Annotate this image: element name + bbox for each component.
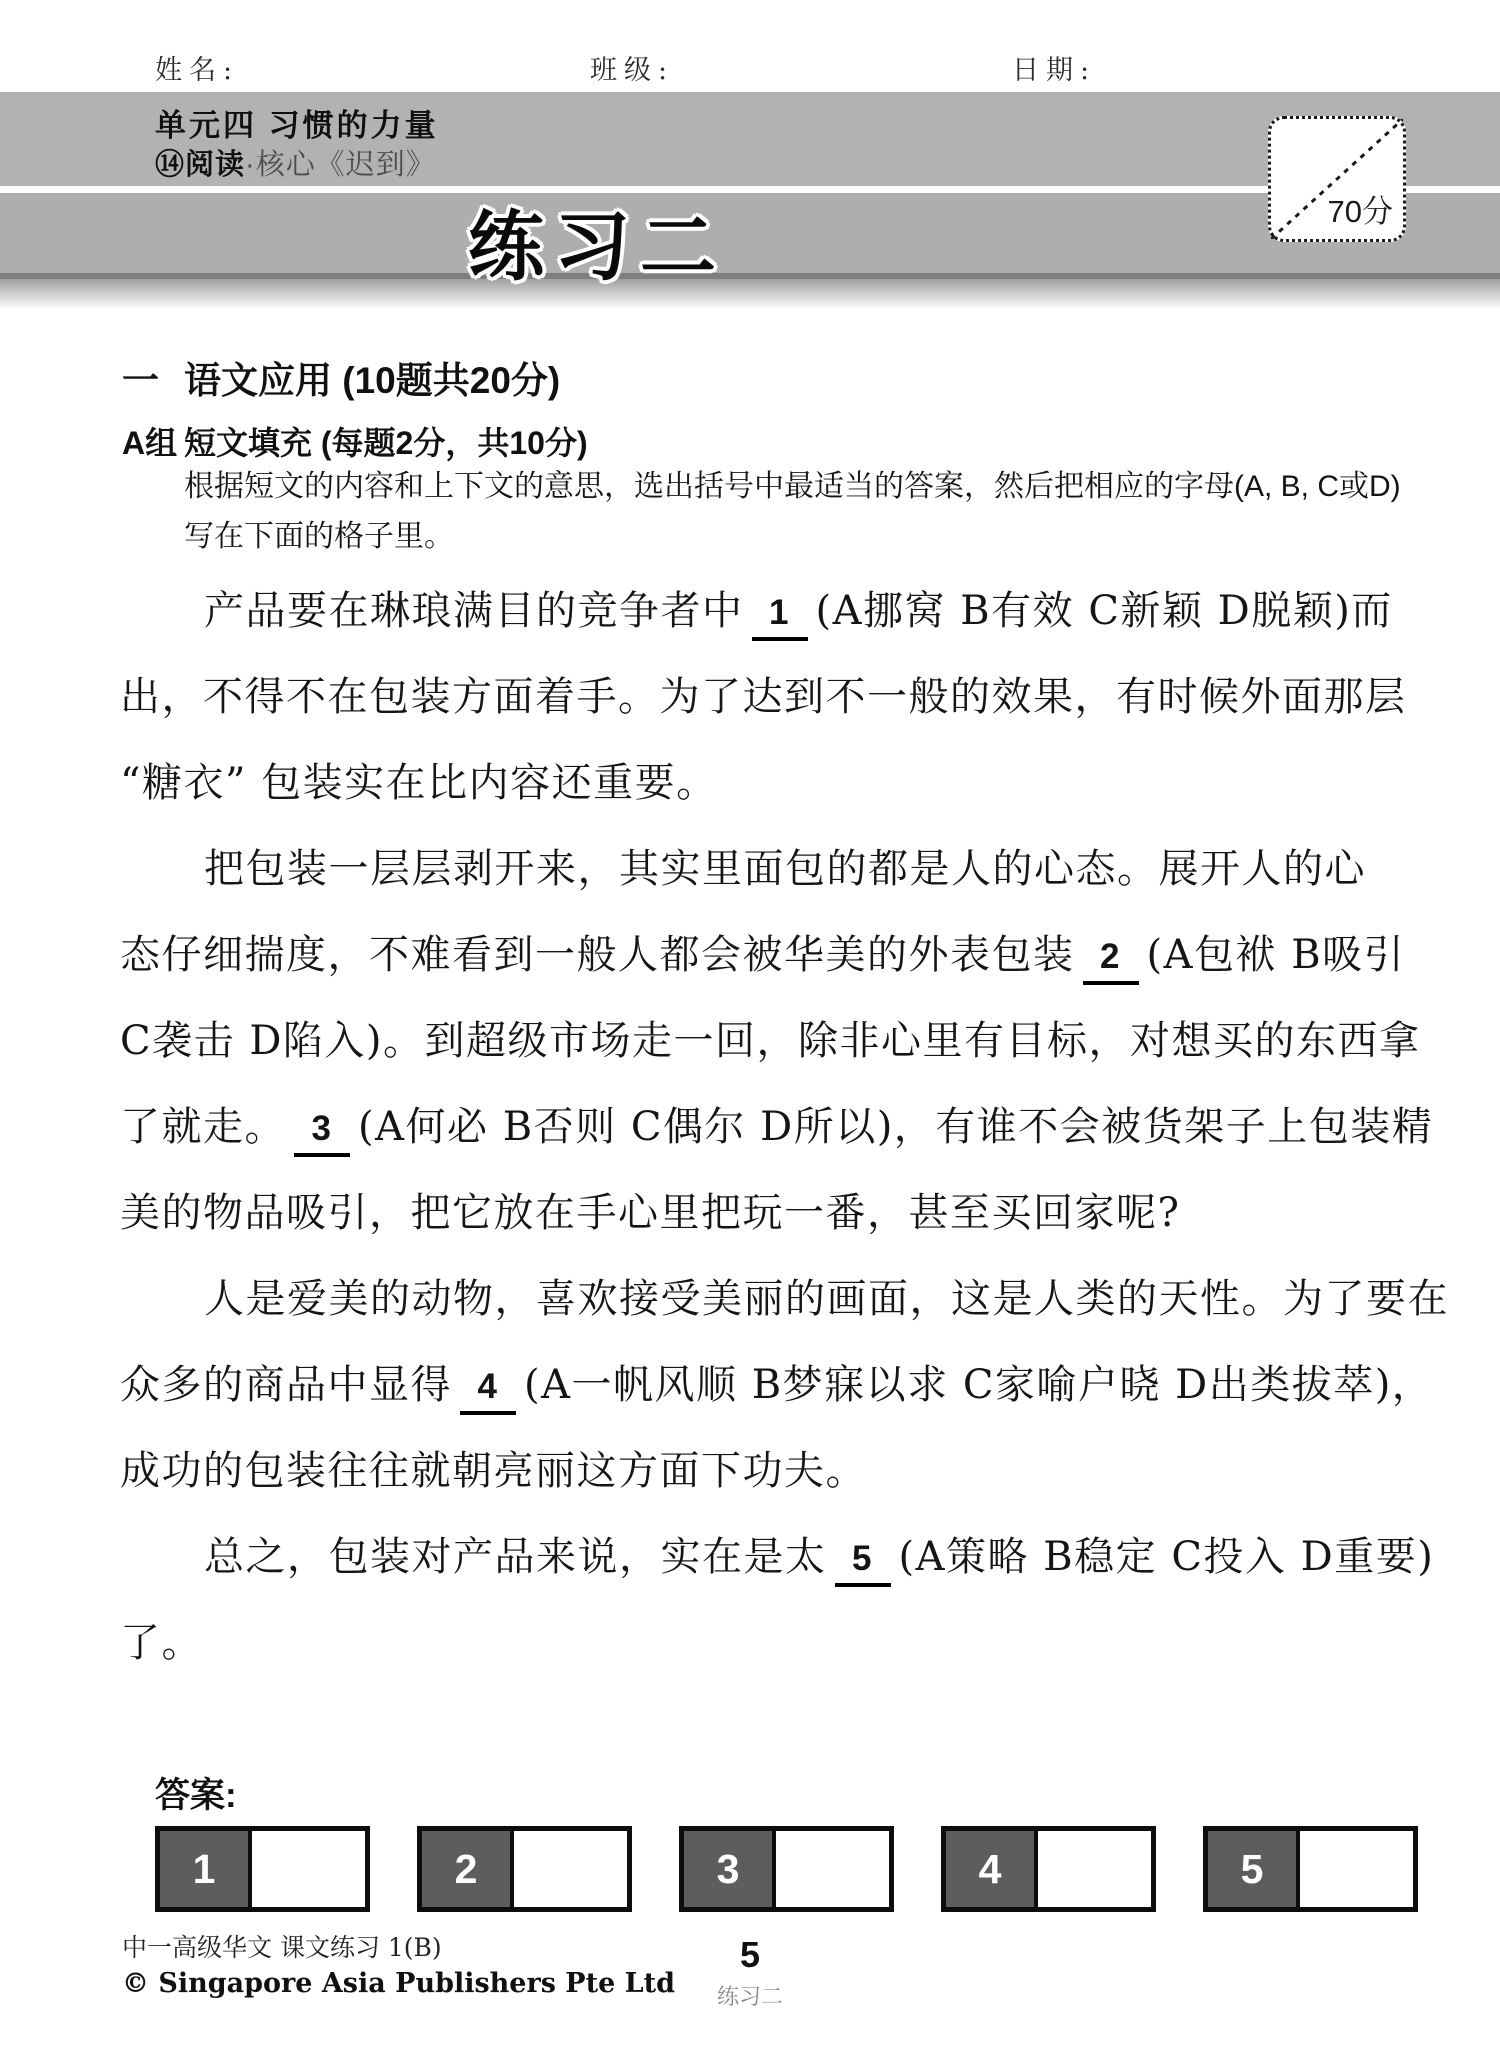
passage-text: 成功的包装往往就朝亮丽这方面下功夫。 xyxy=(120,1448,867,1494)
lesson-number-badge: ⑭ xyxy=(155,149,185,181)
answer-boxes: 12345 xyxy=(155,1826,1418,1912)
page-title: 练习二 xyxy=(0,186,1194,295)
answer-input-cell[interactable] xyxy=(252,1831,365,1907)
passage-text: “糖衣” 包装实在比内容还重要。 xyxy=(120,760,718,806)
passage-text: 把包装一层层剥开来，其实里面包的都是人的心态。展开人的心 xyxy=(204,846,1366,892)
passage-text: (A何必 B否则 C偶尔 D所以)，有谁不会被货架子上包装精 xyxy=(358,1104,1433,1150)
passage-text: 态仔细揣度，不难看到一般人都会被华美的外表包装 xyxy=(120,932,1075,978)
answer-number: 5 xyxy=(1208,1831,1300,1907)
passage-line: 出，不得不在包装方面着手。为了达到不一般的效果，有时候外面那层 xyxy=(120,654,1420,740)
answer-input-cell[interactable] xyxy=(776,1831,889,1907)
section-title: 语文应用 (10题共20分) xyxy=(184,350,560,404)
score-label: 70分 xyxy=(1328,186,1393,231)
lesson-subtitle: ·核心《迟到》 xyxy=(245,149,436,181)
passage-line: 了。 xyxy=(120,1600,1420,1686)
passage-line: 把包装一层层剥开来，其实里面包的都是人的心态。展开人的心 xyxy=(120,826,1420,912)
passage-line: 众多的商品中显得4(A一帆风顺 B梦寐以求 C家喻户晓 D出类拔萃)， xyxy=(120,1342,1420,1428)
question-blank-3: 3 xyxy=(294,1105,350,1157)
instructions-text: 根据短文的内容和上下文的意思，选出括号中最适当的答案，然后把相应的字母(A, B… xyxy=(184,462,1404,562)
answer-number: 2 xyxy=(422,1831,514,1907)
question-blank-2: 2 xyxy=(1083,933,1139,985)
answer-number: 3 xyxy=(684,1831,776,1907)
answer-box-4: 4 xyxy=(941,1826,1156,1912)
passage-line: 美的物品吸引，把它放在手心里把玩一番，甚至买回家呢? xyxy=(120,1170,1420,1256)
question-blank-4: 4 xyxy=(460,1363,516,1415)
answer-box-5: 5 xyxy=(1203,1826,1418,1912)
passage-text: 人是爱美的动物，喜欢接受美丽的画面，这是人类的天性。为了要在 xyxy=(204,1276,1449,1322)
passage-text: C袭击 D陷入)。到超级市场走一回，除非心里有目标，对想买的东西拿 xyxy=(120,1018,1421,1064)
passage-line: 产品要在琳琅满目的竞争者中1(A挪窝 B有效 C新颖 D脱颖)而 xyxy=(120,568,1420,654)
passage-text: 产品要在琳琅满目的竞争者中 xyxy=(204,588,744,634)
score-box: 70分 xyxy=(1268,116,1406,242)
passage-line: 了就走。3(A何必 B否则 C偶尔 D所以)，有谁不会被货架子上包装精 xyxy=(120,1084,1420,1170)
answer-number: 1 xyxy=(160,1831,252,1907)
passage-line: 态仔细揣度，不难看到一般人都会被华美的外表包装2(A包袱 B吸引 xyxy=(120,912,1420,998)
group-label: A组 xyxy=(122,418,184,464)
passage-text: (A挪窝 B有效 C新颖 D脱颖)而 xyxy=(816,588,1393,634)
date-label: 日期: xyxy=(1012,48,1096,87)
answer-number: 4 xyxy=(946,1831,1038,1907)
answer-input-cell[interactable] xyxy=(1038,1831,1151,1907)
worksheet-page: 姓名: 班级: 日期: 单元四 习惯的力量 ⑭阅读·核心《迟到》 练习二 70分… xyxy=(0,0,1500,2050)
passage-line: 人是爱美的动物，喜欢接受美丽的画面，这是人类的天性。为了要在 xyxy=(120,1256,1420,1342)
footer-book-title: 中一高级华文 课文练习 1(B) xyxy=(122,1928,675,1964)
footer-left: 中一高级华文 课文练习 1(B) © Singapore Asia Publis… xyxy=(122,1928,675,1999)
answer-box-2: 2 xyxy=(417,1826,632,1912)
answer-box-1: 1 xyxy=(155,1826,370,1912)
name-label: 姓名: xyxy=(155,48,239,87)
passage-text: 总之，包装对产品来说，实在是太 xyxy=(204,1534,827,1580)
answers-label: 答案: xyxy=(155,1768,237,1818)
answer-input-cell[interactable] xyxy=(514,1831,627,1907)
passage: 产品要在琳琅满目的竞争者中1(A挪窝 B有效 C新颖 D脱颖)而出，不得不在包装… xyxy=(120,568,1420,1686)
footer-publisher: © Singapore Asia Publishers Pte Ltd xyxy=(122,1968,675,1999)
passage-line: 总之，包装对产品来说，实在是太5(A策略 B稳定 C投入 D重要) xyxy=(120,1514,1420,1600)
page-number-caption: 练习二 xyxy=(600,1980,900,2011)
passage-text: 了。 xyxy=(120,1620,203,1666)
footer-center: 5 练习二 xyxy=(600,1934,900,2011)
group-heading: A组 短文填充 (每题2分，共10分) xyxy=(122,418,588,464)
answer-box-3: 3 xyxy=(679,1826,894,1912)
lesson-title: 阅读 xyxy=(185,149,245,181)
passage-text: 出，不得不在包装方面着手。为了达到不一般的效果，有时候外面那层 xyxy=(120,674,1407,720)
passage-text: 了就走。 xyxy=(120,1104,286,1150)
lesson-line: ⑭阅读·核心《迟到》 xyxy=(155,142,436,183)
passage-line: “糖衣” 包装实在比内容还重要。 xyxy=(120,740,1420,826)
passage-text: (A包袱 B吸引 xyxy=(1147,932,1406,978)
section-number: 一 xyxy=(122,350,184,404)
unit-title: 单元四 习惯的力量 xyxy=(155,100,439,145)
passage-text: 众多的商品中显得 xyxy=(120,1362,452,1408)
page-number: 5 xyxy=(600,1934,900,1976)
passage-line: 成功的包装往往就朝亮丽这方面下功夫。 xyxy=(120,1428,1420,1514)
question-blank-1: 1 xyxy=(752,589,808,641)
answer-input-cell[interactable] xyxy=(1300,1831,1413,1907)
passage-text: (A策略 B稳定 C投入 D重要) xyxy=(899,1534,1435,1580)
section-heading: 一 语文应用 (10题共20分) xyxy=(122,350,560,404)
class-label: 班级: xyxy=(590,48,674,87)
passage-text: (A一帆风顺 B梦寐以求 C家喻户晓 D出类拔萃)， xyxy=(524,1362,1433,1408)
question-blank-5: 5 xyxy=(835,1535,891,1587)
group-title: 短文填充 (每题2分，共10分) xyxy=(184,418,588,464)
passage-line: C袭击 D陷入)。到超级市场走一回，除非心里有目标，对想买的东西拿 xyxy=(120,998,1420,1084)
passage-text: 美的物品吸引，把它放在手心里把玩一番，甚至买回家呢? xyxy=(120,1190,1180,1236)
